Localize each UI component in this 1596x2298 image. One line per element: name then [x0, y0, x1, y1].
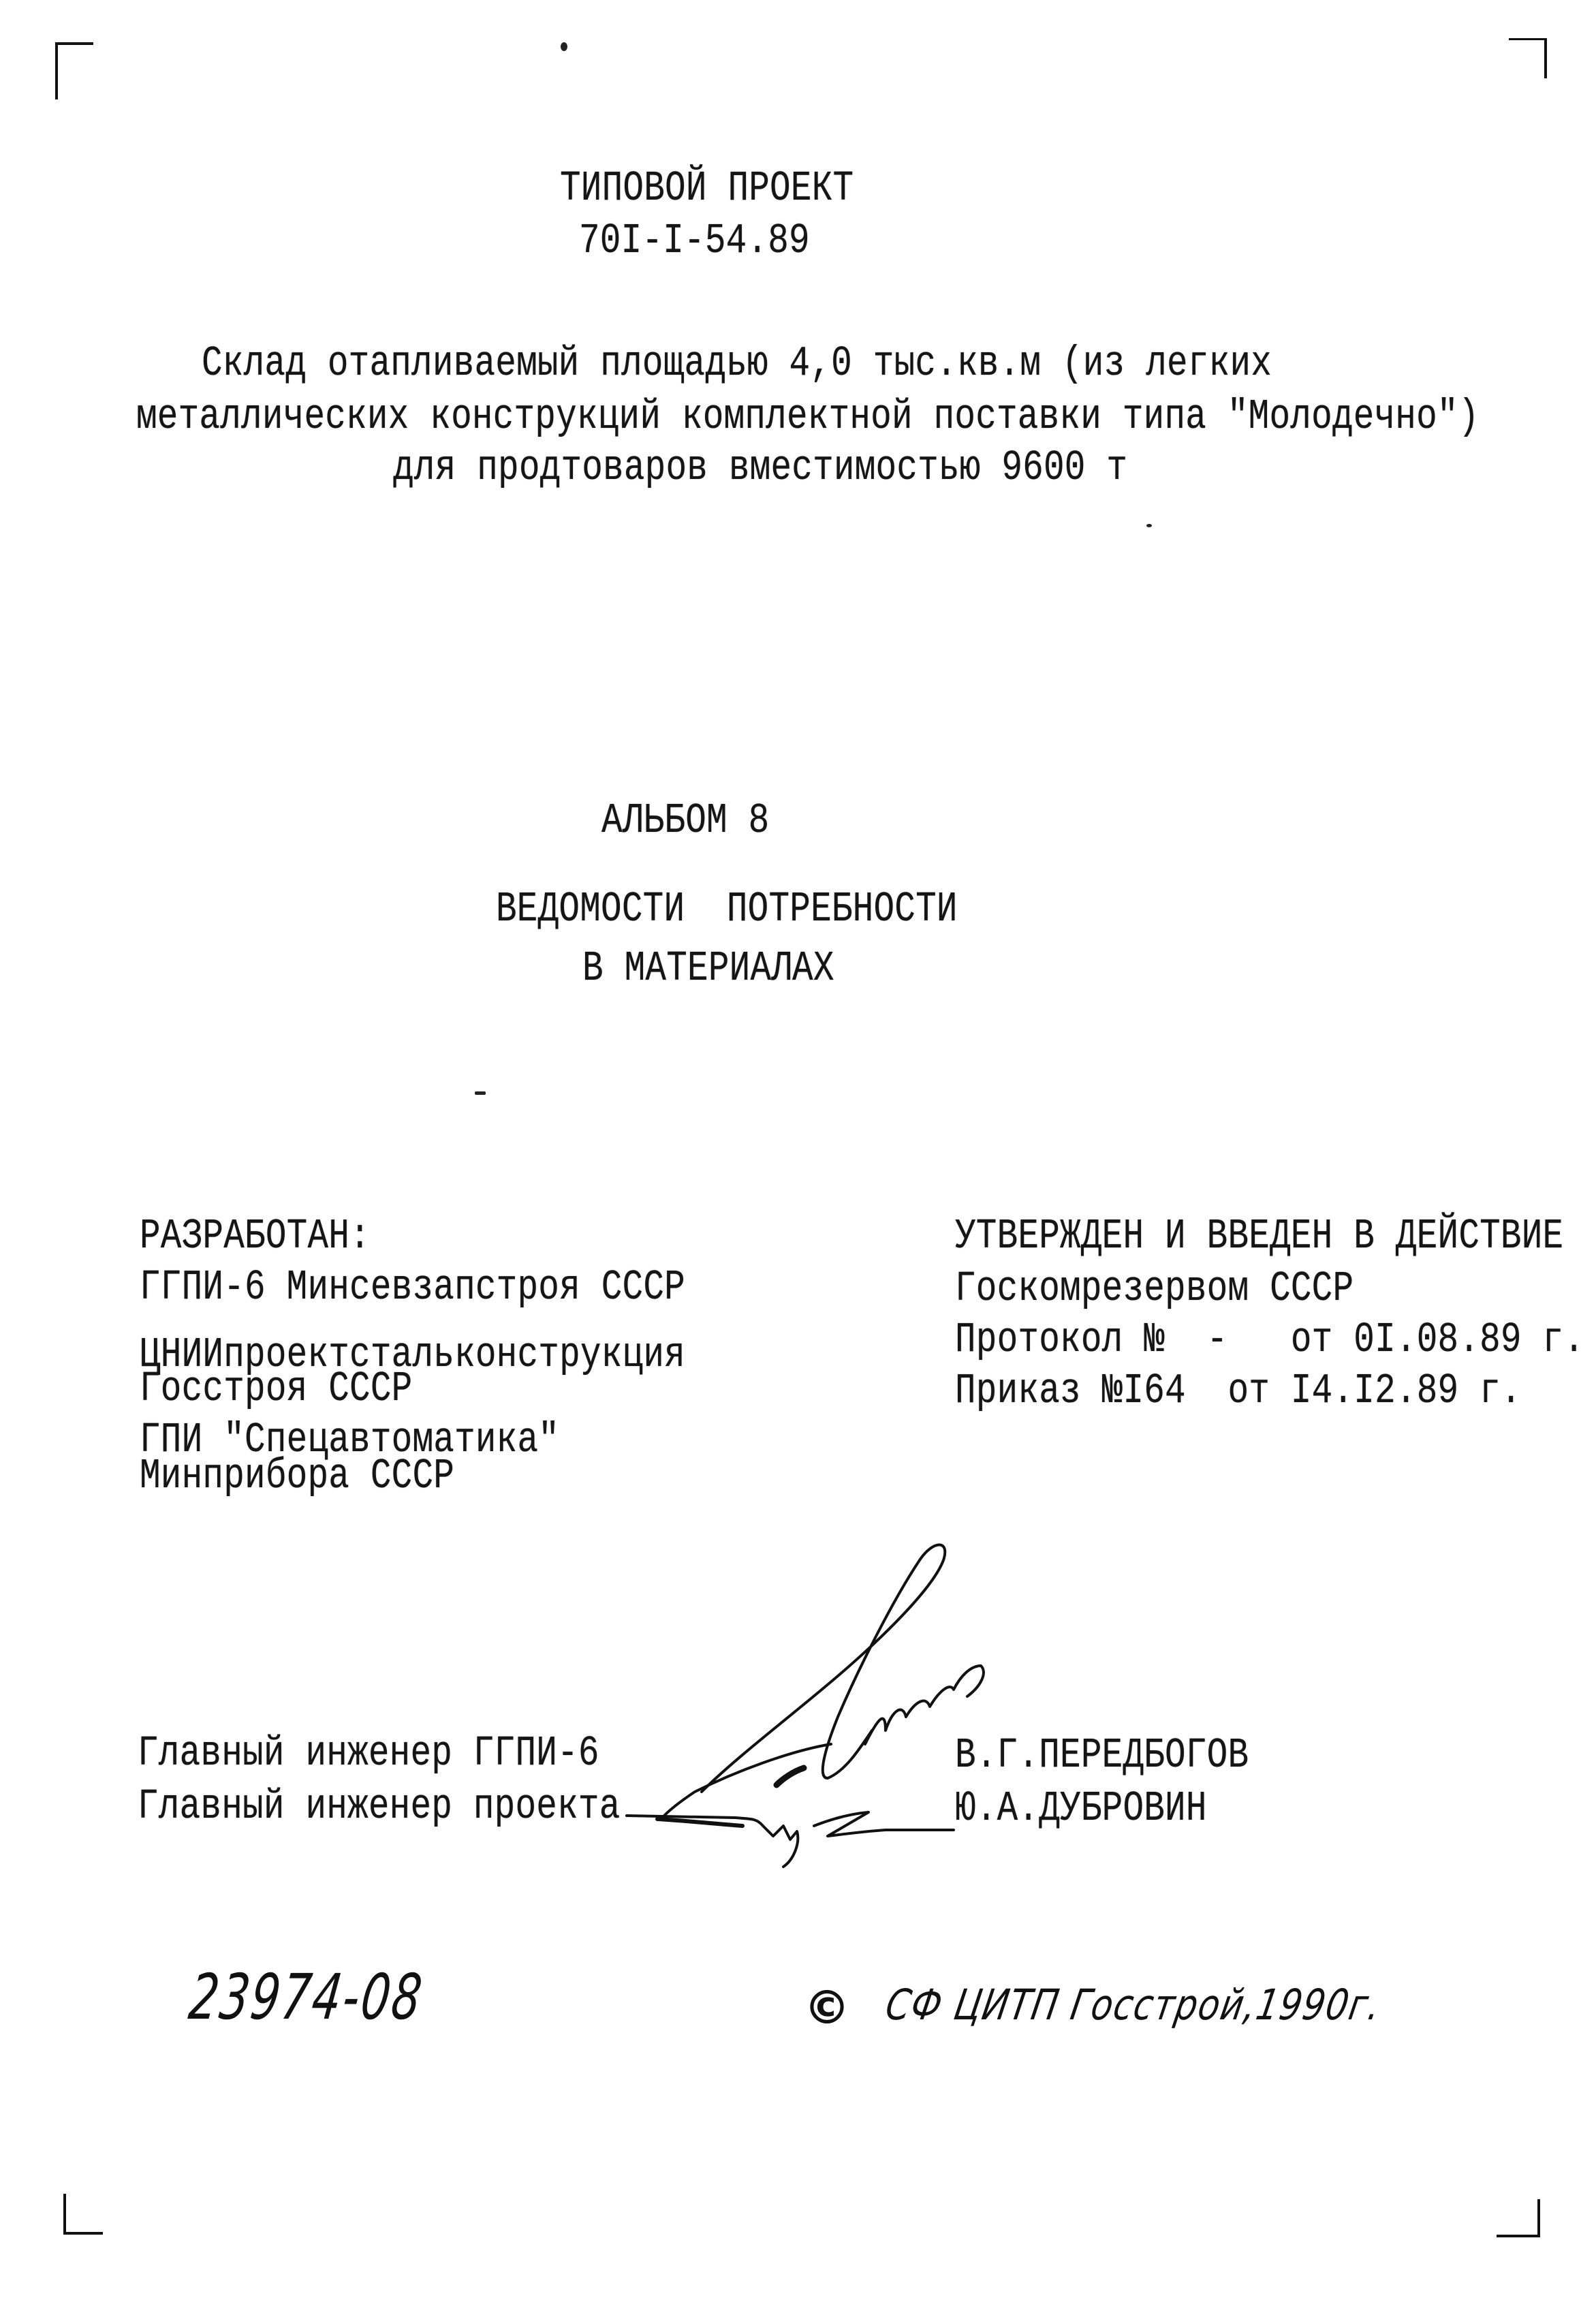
document-page: ТИПОВОЙ ПРОЕКТ 70I-I-54.89 Склад отаплив…: [0, 0, 1596, 2298]
handwritten-signature-icon: [0, 0, 1596, 2298]
copyright-text: СФ ЦИТП Госстрой,1990г.: [882, 1980, 1386, 2030]
inventory-number: 23974-08: [185, 1961, 428, 2034]
copyright-symbol-icon: ©: [804, 1981, 851, 2035]
